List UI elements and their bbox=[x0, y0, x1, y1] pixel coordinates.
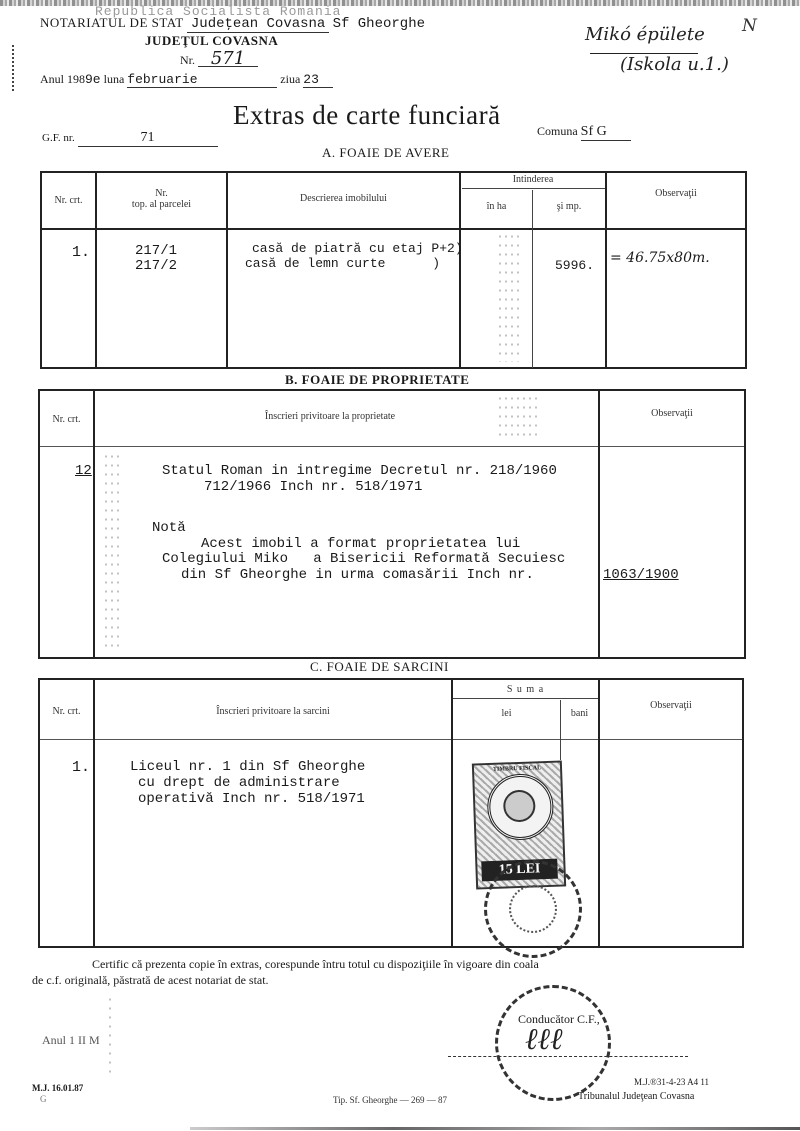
b-col-observatii: Observaţii bbox=[600, 408, 744, 419]
comuna: Comuna Sf G bbox=[537, 124, 631, 141]
tax-stamp-top: TIMBRU FISCAL bbox=[474, 765, 560, 774]
signature: ℓℓℓ bbox=[525, 1022, 563, 1057]
b-nota-line-2: Colegiului Miko a Bisericii Reformată Se… bbox=[162, 551, 565, 567]
day-value: 23 bbox=[303, 72, 333, 88]
signature-line bbox=[448, 1056, 688, 1057]
gf-number: G.F. nr. 71 bbox=[42, 130, 218, 147]
c-col-inscrieri: Înscrieri privitoare la sarcini bbox=[95, 706, 451, 717]
a-col-nr-top-1: Nr. bbox=[97, 188, 226, 199]
section-a-title: A. FOAIE DE AVERE bbox=[322, 145, 449, 161]
a-col-nr-crt: Nr. crt. bbox=[42, 195, 95, 206]
a-row-parcel-1: 217/1 bbox=[135, 243, 177, 259]
c-col-suma: S u m a bbox=[453, 684, 598, 695]
gf-value: 71 bbox=[78, 130, 218, 147]
year-label: Anul 198 bbox=[40, 72, 85, 86]
c-col-nr-crt: Nr. crt. bbox=[40, 706, 93, 717]
c-row-nr-crt: 1. bbox=[72, 759, 90, 776]
registration-number: Nr. 571 bbox=[180, 52, 258, 68]
month-label: luna bbox=[104, 72, 125, 86]
nr-label: Nr. bbox=[180, 53, 195, 67]
section-c-title: C. FOAIE DE SARCINI bbox=[310, 659, 449, 675]
c-col-lei: lei bbox=[453, 708, 560, 719]
c-row-line-1: Liceul nr. 1 din Sf Gheorghe bbox=[130, 759, 365, 775]
a-col-intinderea: Intinderea bbox=[461, 174, 605, 185]
a-col-si-mp: şi mp. bbox=[533, 201, 605, 212]
handwritten-note-line2: (Iskola u.1.) bbox=[620, 54, 729, 75]
c-row-line-3: operativă Inch nr. 518/1971 bbox=[138, 791, 365, 807]
section-b-title: B. FOAIE DE PROPRIETATE bbox=[285, 372, 469, 388]
notary-label: NOTARIATUL DE STAT bbox=[40, 15, 184, 30]
footer-printer: Tip. Sf. Gheorghe — 269 — 87 bbox=[333, 1095, 447, 1105]
b-col-nr-crt: Nr. crt. bbox=[40, 414, 93, 425]
notary-value: Judeţean Covasna bbox=[187, 16, 329, 33]
b-nota-label: Notă bbox=[152, 520, 186, 536]
footer-right-code: M.J.®31-4-23 A4 11 bbox=[634, 1077, 709, 1087]
b-nota-line-3: din Sf Gheorghe in urma comasării Inch n… bbox=[181, 567, 534, 583]
b-row-line-1: Statul Roman in intregime Decretul nr. 2… bbox=[162, 463, 557, 479]
b-nota-line-1: Acest imobil a format proprietatea lui bbox=[201, 536, 520, 552]
b-row-nr-crt: 12 bbox=[75, 463, 92, 479]
a-row-si-mp: 5996. bbox=[555, 258, 594, 273]
a-row-desc-2: casă de lemn curte ) bbox=[245, 256, 440, 271]
scan-noise bbox=[103, 452, 119, 652]
footer-left-code: M.J. 16.01.87 bbox=[32, 1083, 83, 1093]
handwritten-note-mark: N bbox=[742, 16, 757, 36]
c-row-line-2: cu drept de administrare bbox=[138, 775, 340, 791]
a-row-desc-1: casă de piatră cu etaj P+2) bbox=[252, 241, 463, 256]
handwritten-note-line1: Mikó épülete bbox=[585, 24, 705, 45]
a-row-observatii: = 46.75x80m. bbox=[610, 250, 710, 266]
certification-line-2: de c.f. originală, păstrată de acest not… bbox=[32, 973, 269, 988]
footer-left-code-2: G bbox=[40, 1094, 47, 1104]
notary-city: Sf Gheorghe bbox=[333, 16, 425, 32]
day-label: ziua bbox=[280, 72, 300, 86]
month-value: februarie bbox=[127, 72, 277, 88]
comuna-label: Comuna bbox=[537, 124, 578, 138]
certification-line-1: Certific că prezenta copie în extras, co… bbox=[92, 957, 539, 972]
left-margin-mark bbox=[12, 45, 14, 93]
c-col-observatii: Observaţii bbox=[600, 700, 742, 711]
a-col-in-ha: în ha bbox=[461, 201, 532, 212]
notary-line: NOTARIATUL DE STAT Judeţean Covasna Sf G… bbox=[40, 15, 425, 33]
county: JUDEŢUL COVASNA bbox=[145, 33, 278, 49]
a-col-nr-top-2: top. al parcelei bbox=[97, 199, 226, 210]
year-value: 9e bbox=[85, 72, 101, 87]
b-row-line-2: 712/1966 Inch nr. 518/1971 bbox=[204, 479, 422, 495]
comuna-value: Sf G bbox=[581, 124, 631, 141]
round-seal-1 bbox=[484, 860, 582, 958]
c-col-bani: bani bbox=[561, 708, 598, 719]
footer-tribunal: Tribunalul Judeţean Covasna bbox=[578, 1091, 694, 1102]
scan-noise bbox=[107, 995, 113, 1075]
b-nota-ref: 1063/1900 bbox=[603, 567, 679, 583]
scan-bottom-band bbox=[190, 1127, 800, 1130]
date-line: Anul 1989e luna februarie ziua 23 bbox=[40, 72, 333, 88]
a-row-parcel-2: 217/2 bbox=[135, 258, 177, 274]
document-title: Extras de carte funciară bbox=[233, 100, 501, 131]
scan-noise bbox=[497, 232, 519, 362]
a-row-nr-crt: 1. bbox=[72, 244, 90, 261]
b-col-inscrieri: Înscrieri privitoare la proprietate bbox=[120, 411, 540, 422]
scan-noise bbox=[497, 394, 537, 442]
footer-anul: Anul 1 II M bbox=[42, 1033, 100, 1048]
a-col-observatii: Observaţii bbox=[607, 188, 745, 199]
nr-value: 571 bbox=[198, 52, 258, 67]
gf-label: G.F. nr. bbox=[42, 132, 75, 144]
a-col-descriere: Descrierea imobilului bbox=[228, 193, 459, 204]
